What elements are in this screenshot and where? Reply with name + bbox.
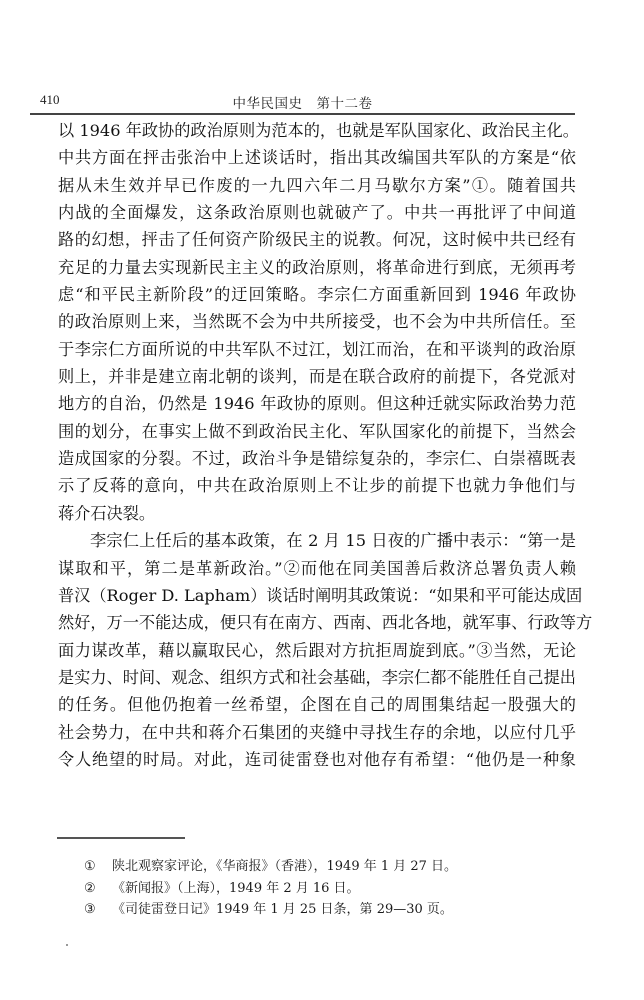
text-line: 普汉（Roger D. Lapham）谈话时阐明其政策说：“如果和平可能达成固 <box>58 582 576 609</box>
text-line: 谋取和平，第二是革新政治。”②而他在同美国善后救济总署负责人赖 <box>58 555 576 582</box>
text-line: 面力谋改革，藉以赢取民心，然后跟对方抗拒周旋到底。”③当然，无论 <box>58 637 576 664</box>
text-line: 造成国家的分裂。不过，政治斗争是错综复杂的，李宗仁、白崇禧既表 <box>58 445 576 472</box>
footnotes: ①陕北观察家评论，《华商报》（香港），1949 年 1 月 27 日。 ②《新闻… <box>84 856 564 921</box>
text-line: 示了反蒋的意向，中共在政治原则上不让步的前提下也就力争他们与 <box>58 472 576 499</box>
text-line: 地方的自治，仍然是 1946 年政协的原则。但这种迁就实际政治势力范 <box>58 390 576 417</box>
text-line: 路的幻想，抨击了任何资产阶级民主的说教。何况，这时候中共已经有 <box>58 226 576 253</box>
footnote-rule <box>57 837 185 839</box>
text-line: 令人绝望的时局。对此，连司徒雷登也对他存有希望：“他仍是一种象 <box>58 746 576 773</box>
running-title: 中华民国史 第十二卷 <box>30 92 575 112</box>
paragraph-end-line: 蒋介石决裂。 <box>58 500 576 527</box>
footnote-text: 《新闻报》（上海），1949 年 2 月 16 日。 <box>112 881 360 896</box>
text-line: 以 1946 年政协的政治原则为范本的，也就是军队国家化、政治民主化。 <box>58 117 576 144</box>
text-line: 中共方面在抨击张治中上述谈话时，指出其改编国共军队的方案是“依 <box>58 144 576 171</box>
text-line: 于李宗仁方面所说的中共军队不过江，划江而治，在和平谈判的政治原 <box>58 336 576 363</box>
text-line: 围的划分，在事实上做不到政治民主化、军队国家化的前提下，当然会 <box>58 418 576 445</box>
footnote-marker: ③ <box>84 899 112 921</box>
footnote-marker: ① <box>84 856 112 878</box>
text-line: 则上，并非是建立南北朝的谈判，而是在联合政府的前提下，各党派对 <box>58 363 576 390</box>
paragraph-start-line: 李宗仁上任后的基本政策，在 2 月 15 日夜的广播中表示：“第一是 <box>58 527 576 554</box>
scan-speck <box>66 944 68 946</box>
text-line: 是实力、时间、观念、组织方式和社会基础，李宗仁都不能胜任自己提出 <box>58 664 576 691</box>
text-line: 的政治原则上来，当然既不会为中共所接受，也不会为中共所信任。至 <box>58 308 576 335</box>
text-line: 的任务。但他仍抱着一丝希望，企图在自己的周围集结起一股强大的 <box>58 691 576 718</box>
footnote-text: 《司徒雷登日记》1949 年 1 月 25 日条，第 29—30 页。 <box>112 902 453 917</box>
header-rule <box>30 113 575 115</box>
footnote-text: 陕北观察家评论，《华商报》（香港），1949 年 1 月 27 日。 <box>112 859 457 874</box>
text-line: 然好，万一不能达成，便只有在南方、西南、西北各地，就军事、行政等方 <box>58 609 576 636</box>
text-line: 社会势力，在中共和蒋介石集团的夹缝中寻找生存的余地，以应付几乎 <box>58 719 576 746</box>
footnote-2: ②《新闻报》（上海），1949 年 2 月 16 日。 <box>84 878 564 900</box>
text-line: 充足的力量去实现新民主主义的政治原则，将革命进行到底，无须再考 <box>58 254 576 281</box>
footnote-1: ①陕北观察家评论，《华商报》（香港），1949 年 1 月 27 日。 <box>84 856 564 878</box>
footnote-marker: ② <box>84 878 112 900</box>
footnote-3: ③《司徒雷登日记》1949 年 1 月 25 日条，第 29—30 页。 <box>84 899 564 921</box>
page-header: 410 中华民国史 第十二卷 <box>30 92 575 112</box>
text-line: 虑“和平民主新阶段”的迂回策略。李宗仁方面重新回到 1946 年政协 <box>58 281 576 308</box>
body-text: 以 1946 年政协的政治原则为范本的，也就是军队国家化、政治民主化。 中共方面… <box>58 117 576 773</box>
text-line: 内战的全面爆发，这条政治原则也就破产了。中共一再批评了中间道 <box>58 199 576 226</box>
book-page: 410 中华民国史 第十二卷 以 1946 年政协的政治原则为范本的，也就是军队… <box>0 0 644 1000</box>
text-line: 据从未生效并早已作废的一九四六年二月马歇尔方案”①。随着国共 <box>58 172 576 199</box>
